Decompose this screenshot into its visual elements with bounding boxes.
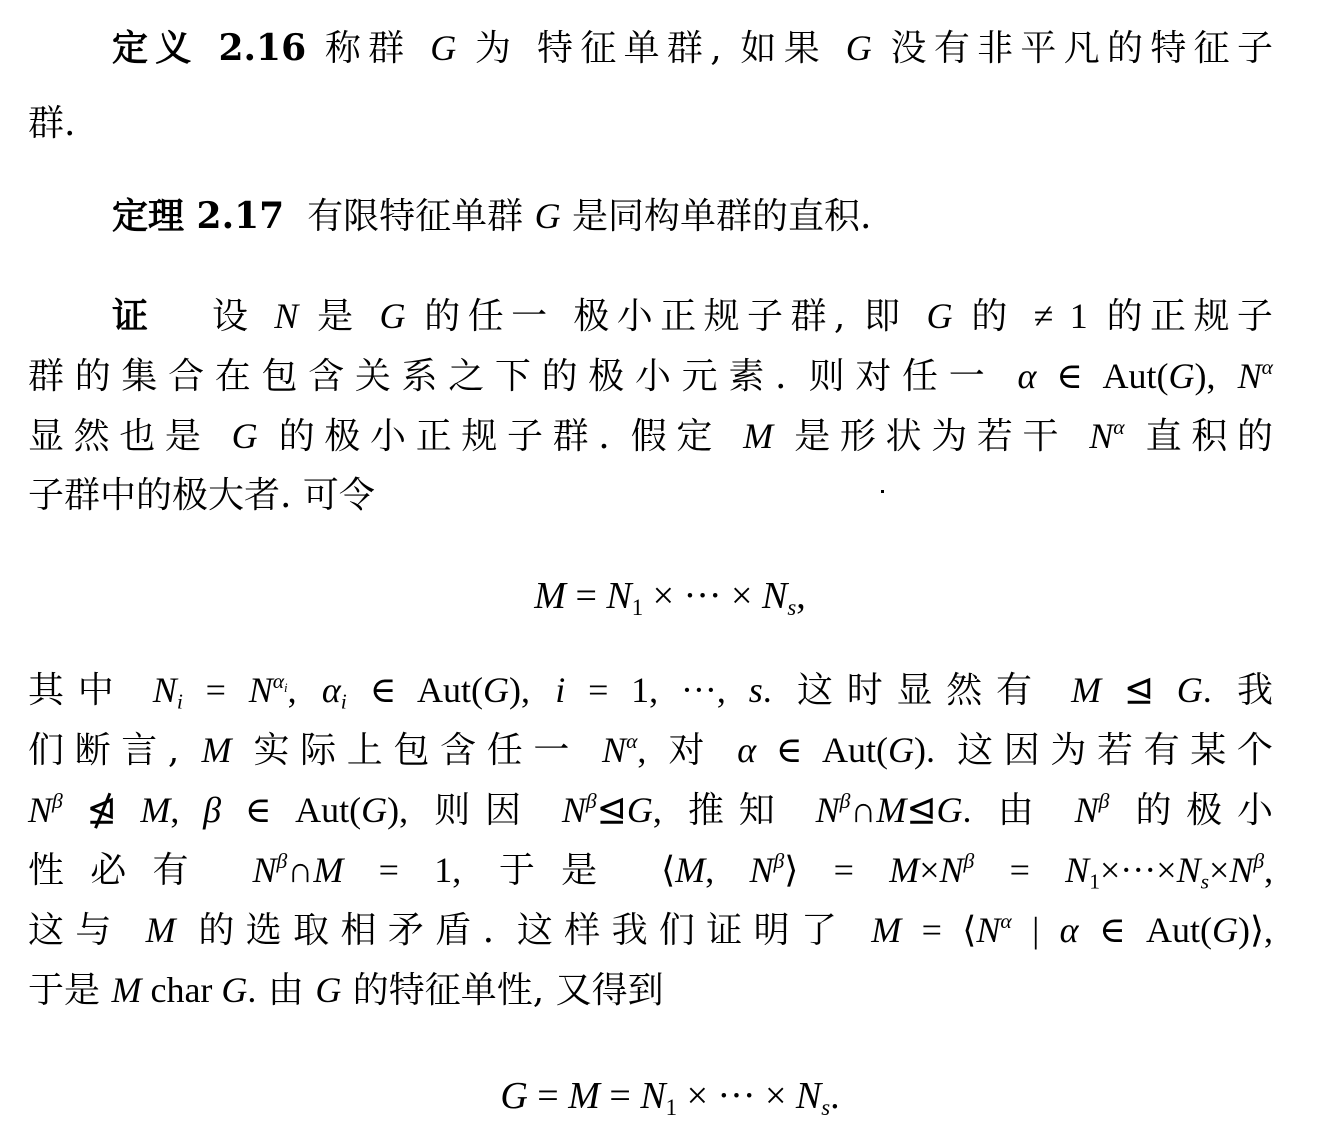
text: 于是 [499, 850, 624, 891]
equation-M-direct-product: M = N1 × ··· × Ns, [0, 574, 1340, 618]
text: 显然也是 [28, 416, 211, 457]
proof-line-9: 这与 M 的选取相矛盾. 这样我们证明了 M = ⟨Nα | α ∈ Aut(G… [28, 910, 1273, 951]
text: 群. [28, 103, 75, 144]
text: 的选取相矛盾. 这样我们证明了 [198, 910, 848, 951]
text: 们断言, [28, 730, 179, 771]
proof-line-5: 其中 Ni = Nαi, αi ∈ Aut(G), i = 1, ···, s.… [28, 670, 1273, 711]
text: 设 [212, 296, 255, 337]
text: 我 [1237, 670, 1273, 711]
proof-line-4: 子群中的极大者. 可令 [28, 476, 1273, 516]
text: 称群 [325, 28, 412, 69]
text: 的 [971, 296, 1014, 337]
math-N-beta: Nβ [1075, 790, 1110, 830]
text: 是 [317, 296, 360, 337]
text: 子群中的极大者. 可令 [28, 475, 375, 516]
definition-2-16-line-2: 群. [28, 104, 1273, 144]
math-Ni-eq-N-alphai: Ni = Nαi, [153, 670, 297, 710]
math-neq-1: ≠ 1 [1034, 296, 1088, 336]
math-alpha-in-aut-g: α ∈ Aut(G), [1018, 356, 1216, 396]
text: 则因 [434, 790, 535, 831]
math-alpha-in-aut-g: α ∈ Aut(G). [737, 730, 935, 770]
math-G: G [430, 28, 456, 68]
math-M: M [201, 730, 231, 770]
text: 的正规子 [1107, 296, 1273, 337]
math-N-alpha: Nα [1089, 416, 1124, 456]
theorem-2-17: 定理 2.17 有限特征单群 G 是同构单群的直积. [112, 196, 1273, 237]
text: 的特征单性, 又得到 [353, 970, 664, 1011]
text: 的任一 极小正规子群, 即 [424, 296, 907, 337]
math-alphai-in-aut: αi ∈ Aut(G), [322, 670, 530, 710]
proof-line-2: 群的集合在包含关系之下的极小元素. 则对任一 α ∈ Aut(G), Nα [28, 356, 1273, 397]
text: 的极小 [1136, 790, 1273, 831]
math-generated-direct-product: ⟨M, Nβ⟩ = M×Nβ = N1×···×Ns×Nβ, [661, 850, 1273, 890]
math-M-generated: M = ⟨Nα | α ∈ Aut(G)⟩, [871, 910, 1273, 950]
text: 其中 [28, 670, 128, 711]
definition-2-16-line-1: 定义 2.16 称群 G 为 特征单群, 如果 G 没有非平凡的特征子 [112, 28, 1273, 69]
theorem-label: 定理 2.17 [112, 195, 284, 237]
math-M-normal-G: M ⊴ G. [1071, 670, 1212, 710]
math-N: N [274, 296, 298, 336]
text: 由 [268, 970, 304, 1011]
math-G: G [926, 296, 952, 336]
text: 是形状为若干 [794, 416, 1068, 457]
proof-line-1: 证 设 N 是 G 的任一 极小正规子群, 即 G 的 ≠ 1 的正规子 [112, 296, 1273, 337]
text: 性必有 [28, 850, 215, 891]
text: 有限特征单群 [307, 196, 523, 237]
text: 推知 [688, 790, 789, 831]
math-intersection-trivial: Nβ∩M = 1, [253, 850, 462, 890]
text: 这时显然有 [797, 670, 1046, 711]
proof-line-6: 们断言, M 实际上包含任一 Nα, 对 α ∈ Aut(G). 这因为若有某个 [28, 730, 1273, 771]
math-G: G [315, 970, 341, 1010]
text: 这与 [28, 910, 123, 951]
text: 的极小正规子群. 假定 [279, 416, 722, 457]
text: 直积的 [1146, 416, 1273, 457]
math-N-beta-not-normal-M: Nβ ⋬ M, β ∈ Aut(G), [28, 790, 408, 830]
math-G: G [232, 416, 258, 456]
math-M: M [743, 416, 773, 456]
proof-label: 证 [112, 295, 155, 337]
math-M: M [146, 910, 176, 950]
math-G: G [846, 28, 872, 68]
text: 这因为若有某个 [957, 730, 1273, 771]
proof-line-8: 性必有 Nβ∩M = 1, 于是 ⟨M, Nβ⟩ = M×Nβ = N1×···… [28, 850, 1273, 891]
math-G: G [535, 196, 561, 236]
math-intersection-normal-G: Nβ∩M⊴G. [816, 790, 972, 830]
equation-G-direct-product: G = M = N1 × ··· × Ns. [0, 1074, 1340, 1118]
text: 群的集合在包含关系之下的极小元素. 则对任一 [28, 356, 995, 397]
proof-line-10: 于是 M char G. 由 G 的特征单性, 又得到 [28, 970, 1273, 1011]
text: 没有非平凡的特征子 [891, 28, 1273, 69]
definition-label: 定义 2.16 [112, 27, 306, 69]
text: 实际上包含任一 [254, 730, 580, 771]
text: 对 [668, 730, 715, 771]
math-i-range: i = 1, ···, s. [555, 670, 771, 710]
text: 是同构单群的直积. [572, 196, 871, 237]
text: 为 特征单群, 如果 [475, 28, 827, 69]
text: 由 [998, 790, 1049, 831]
scan-artifact-dot [881, 490, 884, 493]
math-N-beta-normal-G: Nβ⊴G, [562, 790, 662, 830]
proof-line-7: Nβ ⋬ M, β ∈ Aut(G), 则因 Nβ⊴G, 推知 Nβ∩M⊴G. … [28, 790, 1273, 831]
math-N-alpha: Nα, [602, 730, 646, 770]
math-N-alpha: Nα [1238, 356, 1273, 396]
math-M-char-G: M char G. [111, 970, 256, 1010]
text: 于是 [28, 970, 100, 1011]
proof-line-3: 显然也是 G 的极小正规子群. 假定 M 是形状为若干 Nα 直积的 [28, 416, 1273, 457]
math-G: G [379, 296, 405, 336]
